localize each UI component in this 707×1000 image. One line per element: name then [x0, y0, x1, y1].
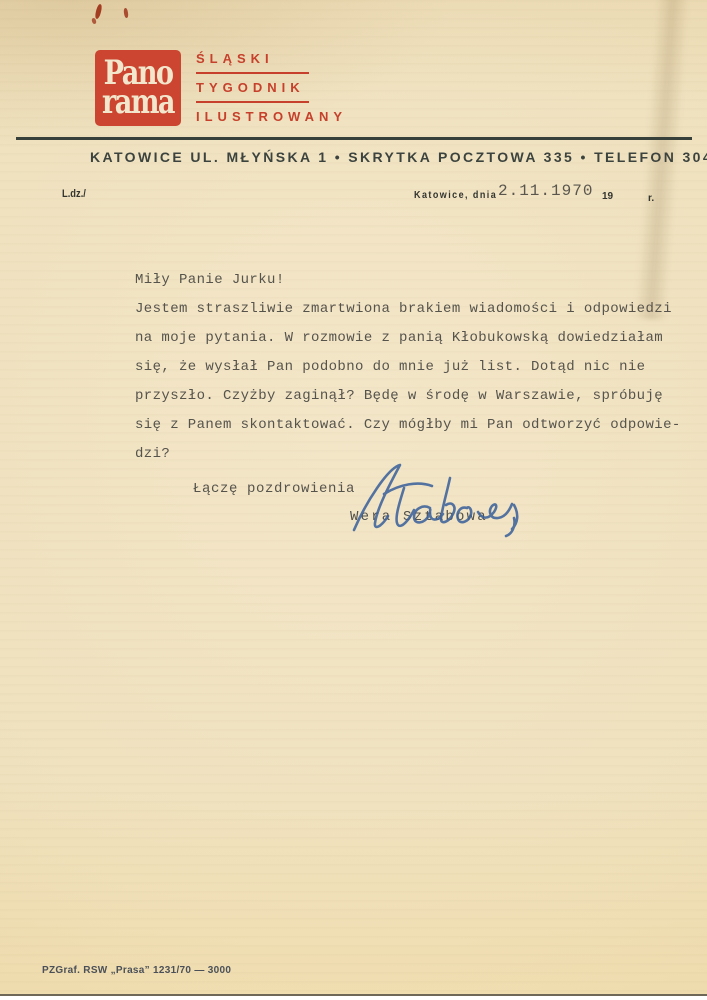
printed-year-suffix: r.: [648, 193, 654, 204]
printed-year-prefix: 19: [602, 191, 613, 202]
body-line-salutation: Miły Panie Jurku!: [135, 272, 635, 301]
magazine-tagline: ŚLĄSKI TYGODNIK ILUSTROWANY: [196, 52, 356, 124]
typed-date: 2.11.1970: [498, 182, 593, 200]
logo-text-line2: rama: [102, 88, 174, 117]
body-line: na moje pytania. W rozmowie z panią Kłob…: [135, 330, 635, 359]
printer-imprint: PZGraf. RSW „Prasa” 1231/70 — 3000: [42, 965, 231, 976]
tagline-tygodnik: TYGODNIK: [196, 81, 356, 95]
handwritten-signature: [346, 460, 544, 540]
valediction: Łączę pozdrowienia: [193, 481, 355, 497]
tagline-rule: [196, 101, 309, 103]
red-ink-speck: [123, 8, 128, 18]
address-line: KATOWICE UL. MŁYŃSKA 1 • SKRYTKA POCZTOW…: [90, 149, 707, 165]
scanned-letter-page: Pano rama ŚLĄSKI TYGODNIK ILUSTROWANY KA…: [0, 0, 707, 1000]
tagline-rule: [196, 72, 309, 74]
reference-number-label: L.dz./: [62, 188, 86, 200]
place-date-label: Katowice, dnia: [414, 190, 497, 201]
body-line: się, że wysłał Pan podobno do mnie już l…: [135, 359, 635, 388]
body-line: przyszło. Czyżby zaginął? Będę w środę w…: [135, 388, 635, 417]
tagline-ilustrowany: ILUSTROWANY: [196, 110, 356, 124]
scan-edge: [0, 994, 707, 1000]
tagline-slaski: ŚLĄSKI: [196, 52, 356, 66]
red-ink-speck: [94, 4, 102, 20]
letter-body: Miły Panie Jurku! Jestem straszliwie zma…: [135, 272, 635, 475]
panorama-logo: Pano rama: [95, 50, 181, 126]
body-line: się z Panem skontaktować. Czy mógłby mi …: [135, 417, 635, 446]
body-line: Jestem straszliwie zmartwiona brakiem wi…: [135, 301, 635, 330]
letterhead-rule: [16, 137, 692, 140]
